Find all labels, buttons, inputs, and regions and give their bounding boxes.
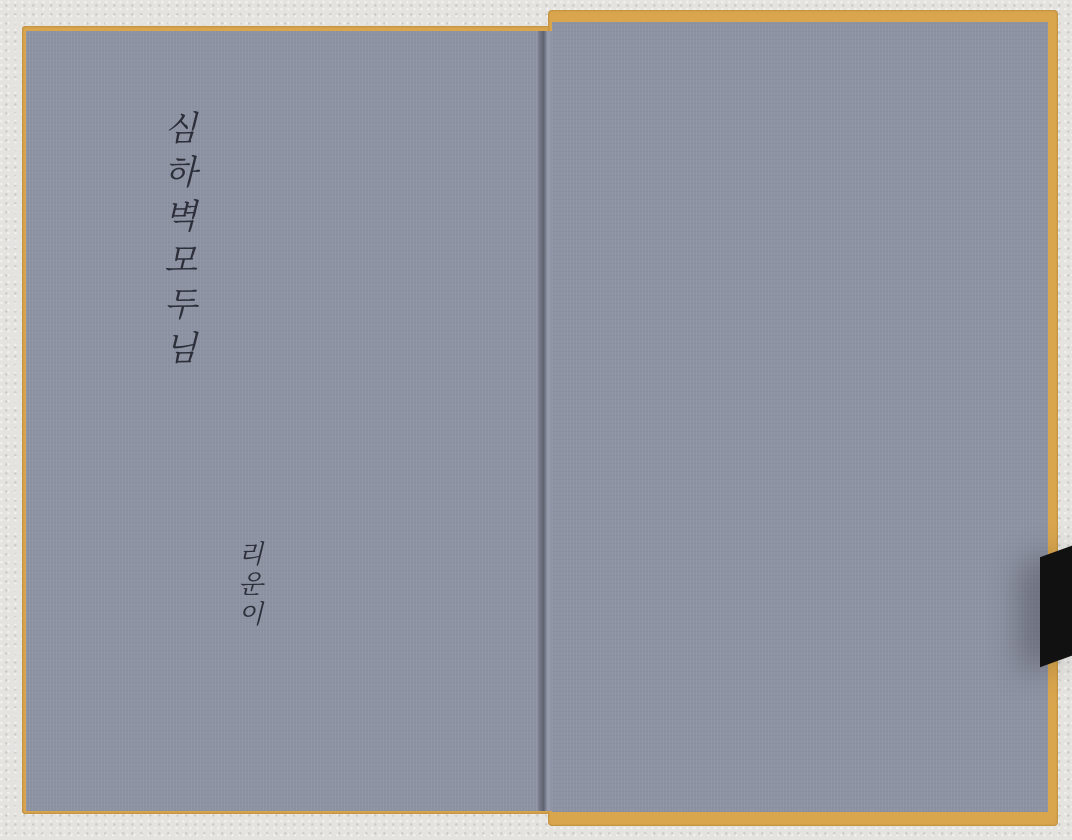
left-endpaper [26, 31, 546, 811]
black-clip-object [1040, 543, 1072, 668]
handwritten-author: 리운이 [230, 540, 267, 630]
right-endpaper [552, 22, 1048, 812]
handwritten-title: 심하벽모두님 [160, 110, 194, 374]
book-spine-gutter [538, 31, 552, 811]
